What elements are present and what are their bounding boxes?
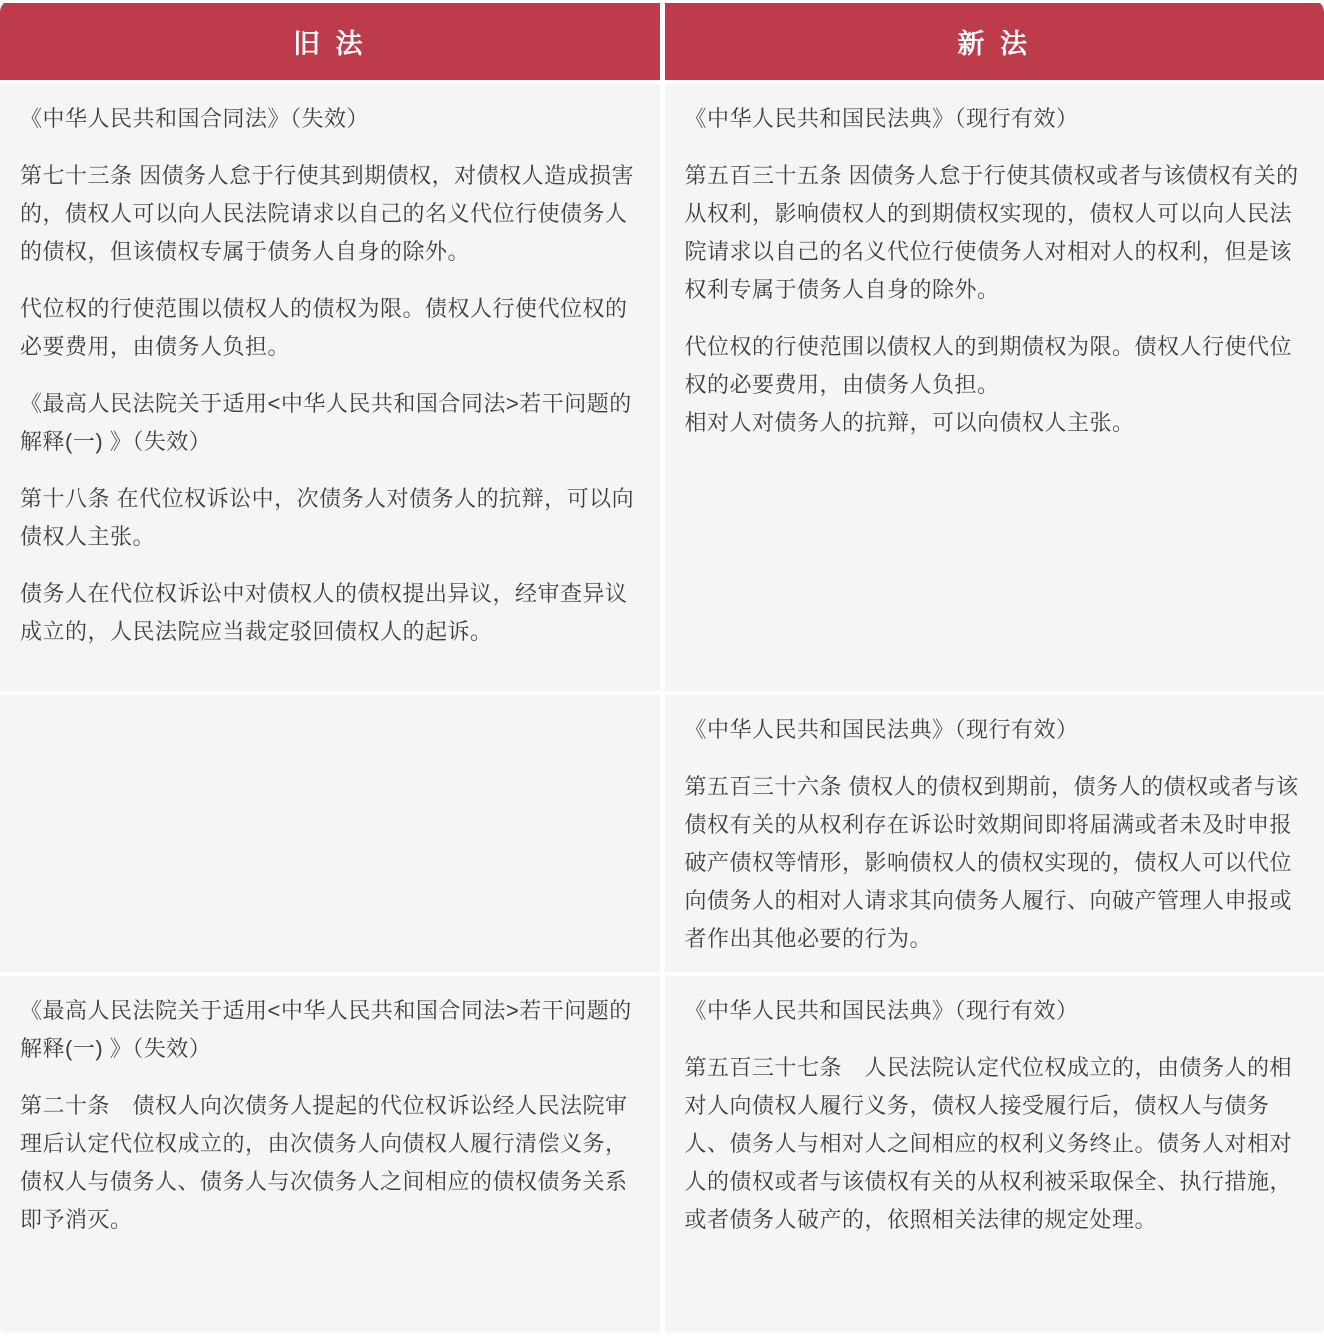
law-title: 《中华人民共和国民法典》（现行有效） xyxy=(685,992,1303,1030)
law-title: 《中华人民共和国民法典》（现行有效） xyxy=(685,100,1303,138)
row1-old-law-cell: 《中华人民共和国合同法》（失效） 第七十三条 因债务人怠于行使其到期债权，对债权… xyxy=(0,84,660,691)
row2-old-law-cell-empty xyxy=(0,695,660,972)
new-law-header-label: 新 法 xyxy=(957,22,1031,61)
law-article: 第十八条 在代位权诉讼中，次债务人对债务人的抗辩，可以向债权人主张。 xyxy=(20,480,638,556)
old-law-column-header: 旧 法 xyxy=(0,3,660,80)
row2-new-law-cell: 《中华人民共和国民法典》（现行有效） 第五百三十六条 债权人的债权到期前，债务人… xyxy=(665,695,1324,972)
law-article: 第五百三十七条 人民法院认定代位权成立的，由债务人的相对人向债权人履行义务，债权… xyxy=(685,1049,1303,1239)
law-article: 第七十三条 因债务人怠于行使其到期债权，对债权人造成损害的，债权人可以向人民法院… xyxy=(20,157,638,271)
law-comparison-table: 旧 法 新 法 《中华人民共和国合同法》（失效） 第七十三条 因债务人怠于行使其… xyxy=(0,0,1324,1338)
law-article: 代位权的行使范围以债权人的到期债权为限。债权人行使代位权的必要费用，由债务人负担… xyxy=(685,328,1303,442)
law-title: 《最高人民法院关于适用<中华人民共和国合同法>若干问题的解释(一) 》（失效） xyxy=(20,992,638,1068)
row1-new-law-cell: 《中华人民共和国民法典》（现行有效） 第五百三十五条 因债务人怠于行使其债权或者… xyxy=(665,84,1324,691)
law-article: 第五百三十五条 因债务人怠于行使其债权或者与该债权有关的从权利，影响债权人的到期… xyxy=(685,157,1303,309)
old-law-header-label: 旧 法 xyxy=(293,22,367,61)
law-article: 第五百三十六条 债权人的债权到期前，债务人的债权或者与该债权有关的从权利存在诉讼… xyxy=(685,768,1303,958)
row3-old-law-cell: 《最高人民法院关于适用<中华人民共和国合同法>若干问题的解释(一) 》（失效） … xyxy=(0,976,660,1333)
law-article: 第二十条 债权人向次债务人提起的代位权诉讼经人民法院审理后认定代位权成立的，由次… xyxy=(20,1087,638,1239)
law-title: 《中华人民共和国合同法》（失效） xyxy=(20,100,638,138)
new-law-column-header: 新 法 xyxy=(665,3,1324,80)
law-article: 代位权的行使范围以债权人的债权为限。债权人行使代位权的必要费用，由债务人负担。 xyxy=(20,290,638,366)
law-article: 债务人在代位权诉讼中对债权人的债权提出异议，经审查异议成立的，人民法院应当裁定驳… xyxy=(20,575,638,651)
law-title: 《中华人民共和国民法典》（现行有效） xyxy=(685,711,1303,749)
row3-new-law-cell: 《中华人民共和国民法典》（现行有效） 第五百三十七条 人民法院认定代位权成立的，… xyxy=(665,976,1324,1333)
law-title: 《最高人民法院关于适用<中华人民共和国合同法>若干问题的解释(一) 》（失效） xyxy=(20,385,638,461)
